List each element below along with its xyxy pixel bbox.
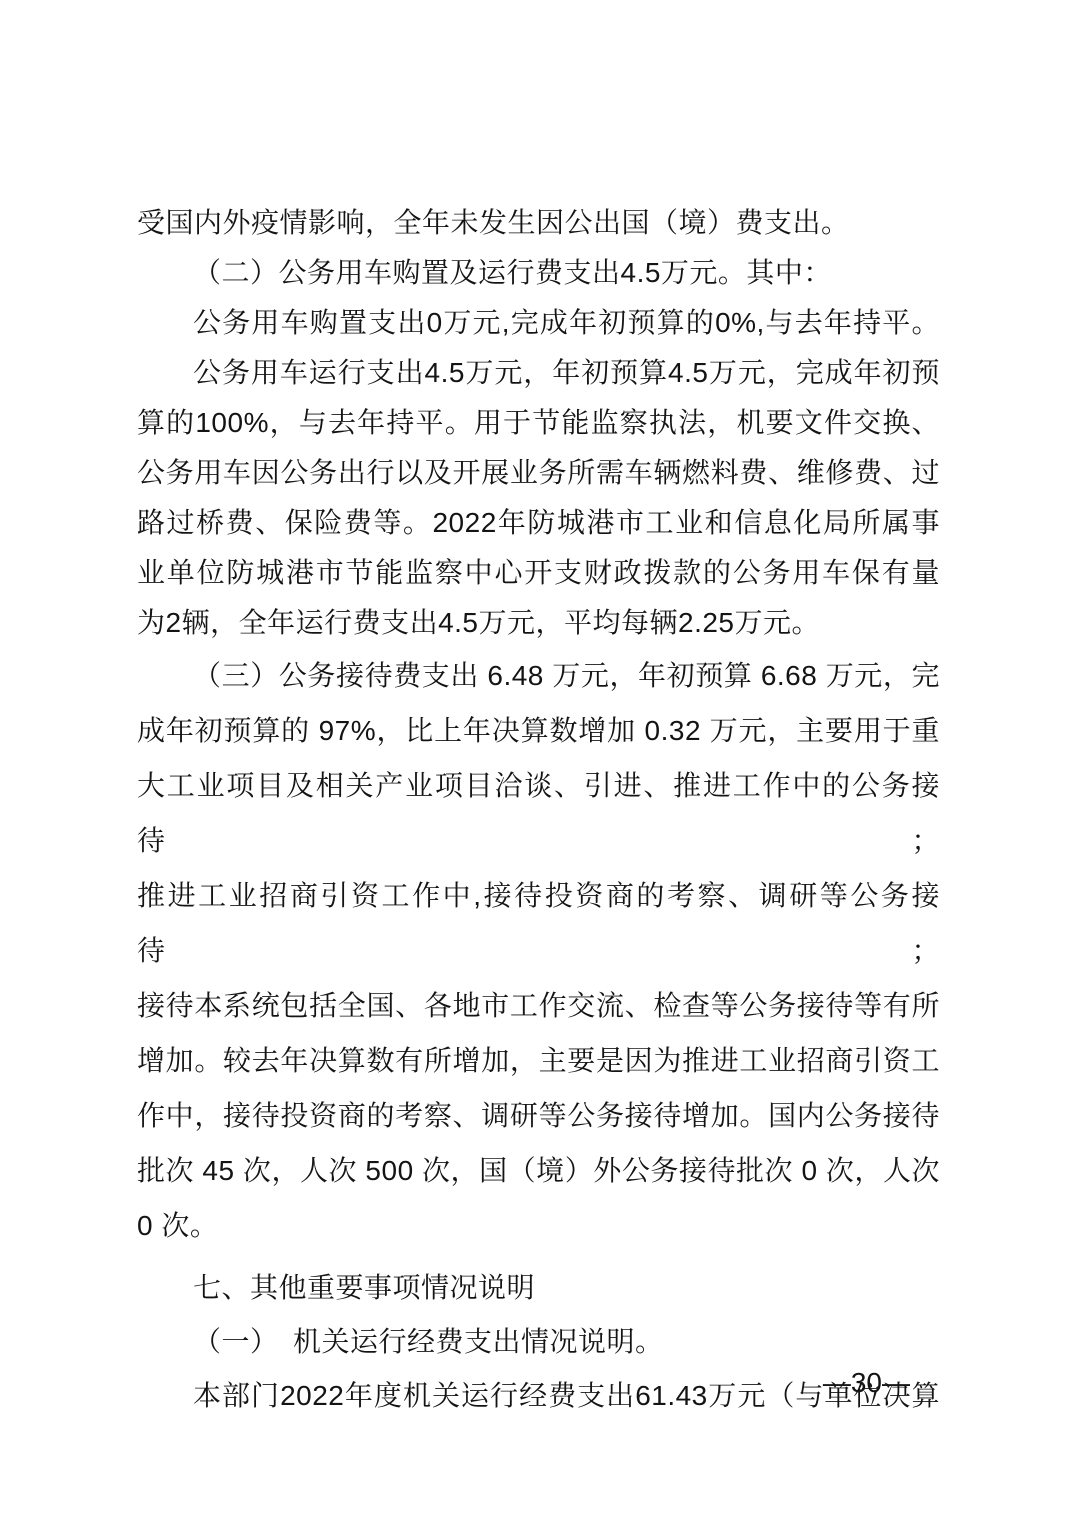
section-heading: 七、其他重要事项情况说明 [137, 1261, 940, 1315]
page-number: —30— [823, 1368, 910, 1398]
text-line: （二）公务用车购置及运行费支出4.5万元。其中： [137, 248, 940, 298]
paragraph-section-reception: （三）公务接待费支出 6.48 万元，年初预算 6.68 万元，完 成年初预算的… [137, 648, 940, 1253]
text-line: 为2辆，全年运行费支出4.5万元，平均每辆2.25万元。 [137, 598, 940, 648]
text-line: 批次 45 次，人次 500 次，国（境）外公务接待批次 0 次，人次 [137, 1143, 940, 1198]
text-line: 作中，接待投资商的考察、调研等公务接待增加。国内公务接待 [137, 1088, 940, 1143]
document-body: 受国内外疫情影响，全年未发生因公出国（境）费支出。 （二）公务用车购置及运行费支… [137, 198, 940, 1423]
paragraph-section-travel-vehicle: 受国内外疫情影响，全年未发生因公出国（境）费支出。 （二）公务用车购置及运行费支… [137, 198, 940, 648]
text-line: 接待本系统包括全国、各地市工作交流、检查等公务接待等有所 [137, 978, 940, 1033]
text-line: （三）公务接待费支出 6.48 万元，年初预算 6.68 万元，完 [137, 648, 940, 703]
text-line: 增加。较去年决算数有所增加，主要是因为推进工业招商引资工 [137, 1033, 940, 1088]
text-line: 公务用车因公务出行以及开展业务所需车辆燃料费、维修费、过 [137, 448, 940, 498]
text-line: 业单位防城港市节能监察中心开支财政拨款的公务用车保有量 [137, 548, 940, 598]
paragraph-section-other-matters: 七、其他重要事项情况说明 （一） 机关运行经费支出情况说明。 本部门2022年度… [137, 1261, 940, 1423]
text-line: 算的100%，与去年持平。用于节能监察执法，机要文件交换、 [137, 398, 940, 448]
text-line: 公务用车运行支出4.5万元，年初预算4.5万元，完成年初预 [137, 348, 940, 398]
text-line: 本部门2022年度机关运行经费支出61.43万元（与单位决算 [137, 1369, 940, 1423]
text-line: 公务用车购置支出0万元,完成年初预算的0%,与去年持平。 [137, 298, 940, 348]
text-line: 推进工业招商引资工作中,接待投资商的考察、调研等公务接待； [137, 868, 940, 978]
text-line: 0 次。 [137, 1198, 940, 1253]
document-page: 受国内外疫情影响，全年未发生因公出国（境）费支出。 （二）公务用车购置及运行费支… [0, 0, 1074, 1518]
sub-heading: （一） 机关运行经费支出情况说明。 [137, 1315, 940, 1369]
text-line: 成年初预算的 97%，比上年决算数增加 0.32 万元，主要用于重 [137, 703, 940, 758]
text-line: 大工业项目及相关产业项目洽谈、引进、推进工作中的公务接待； [137, 758, 940, 868]
text-line: 路过桥费、保险费等。2022年防城港市工业和信息化局所属事 [137, 498, 940, 548]
text-line: 受国内外疫情影响，全年未发生因公出国（境）费支出。 [137, 198, 940, 248]
